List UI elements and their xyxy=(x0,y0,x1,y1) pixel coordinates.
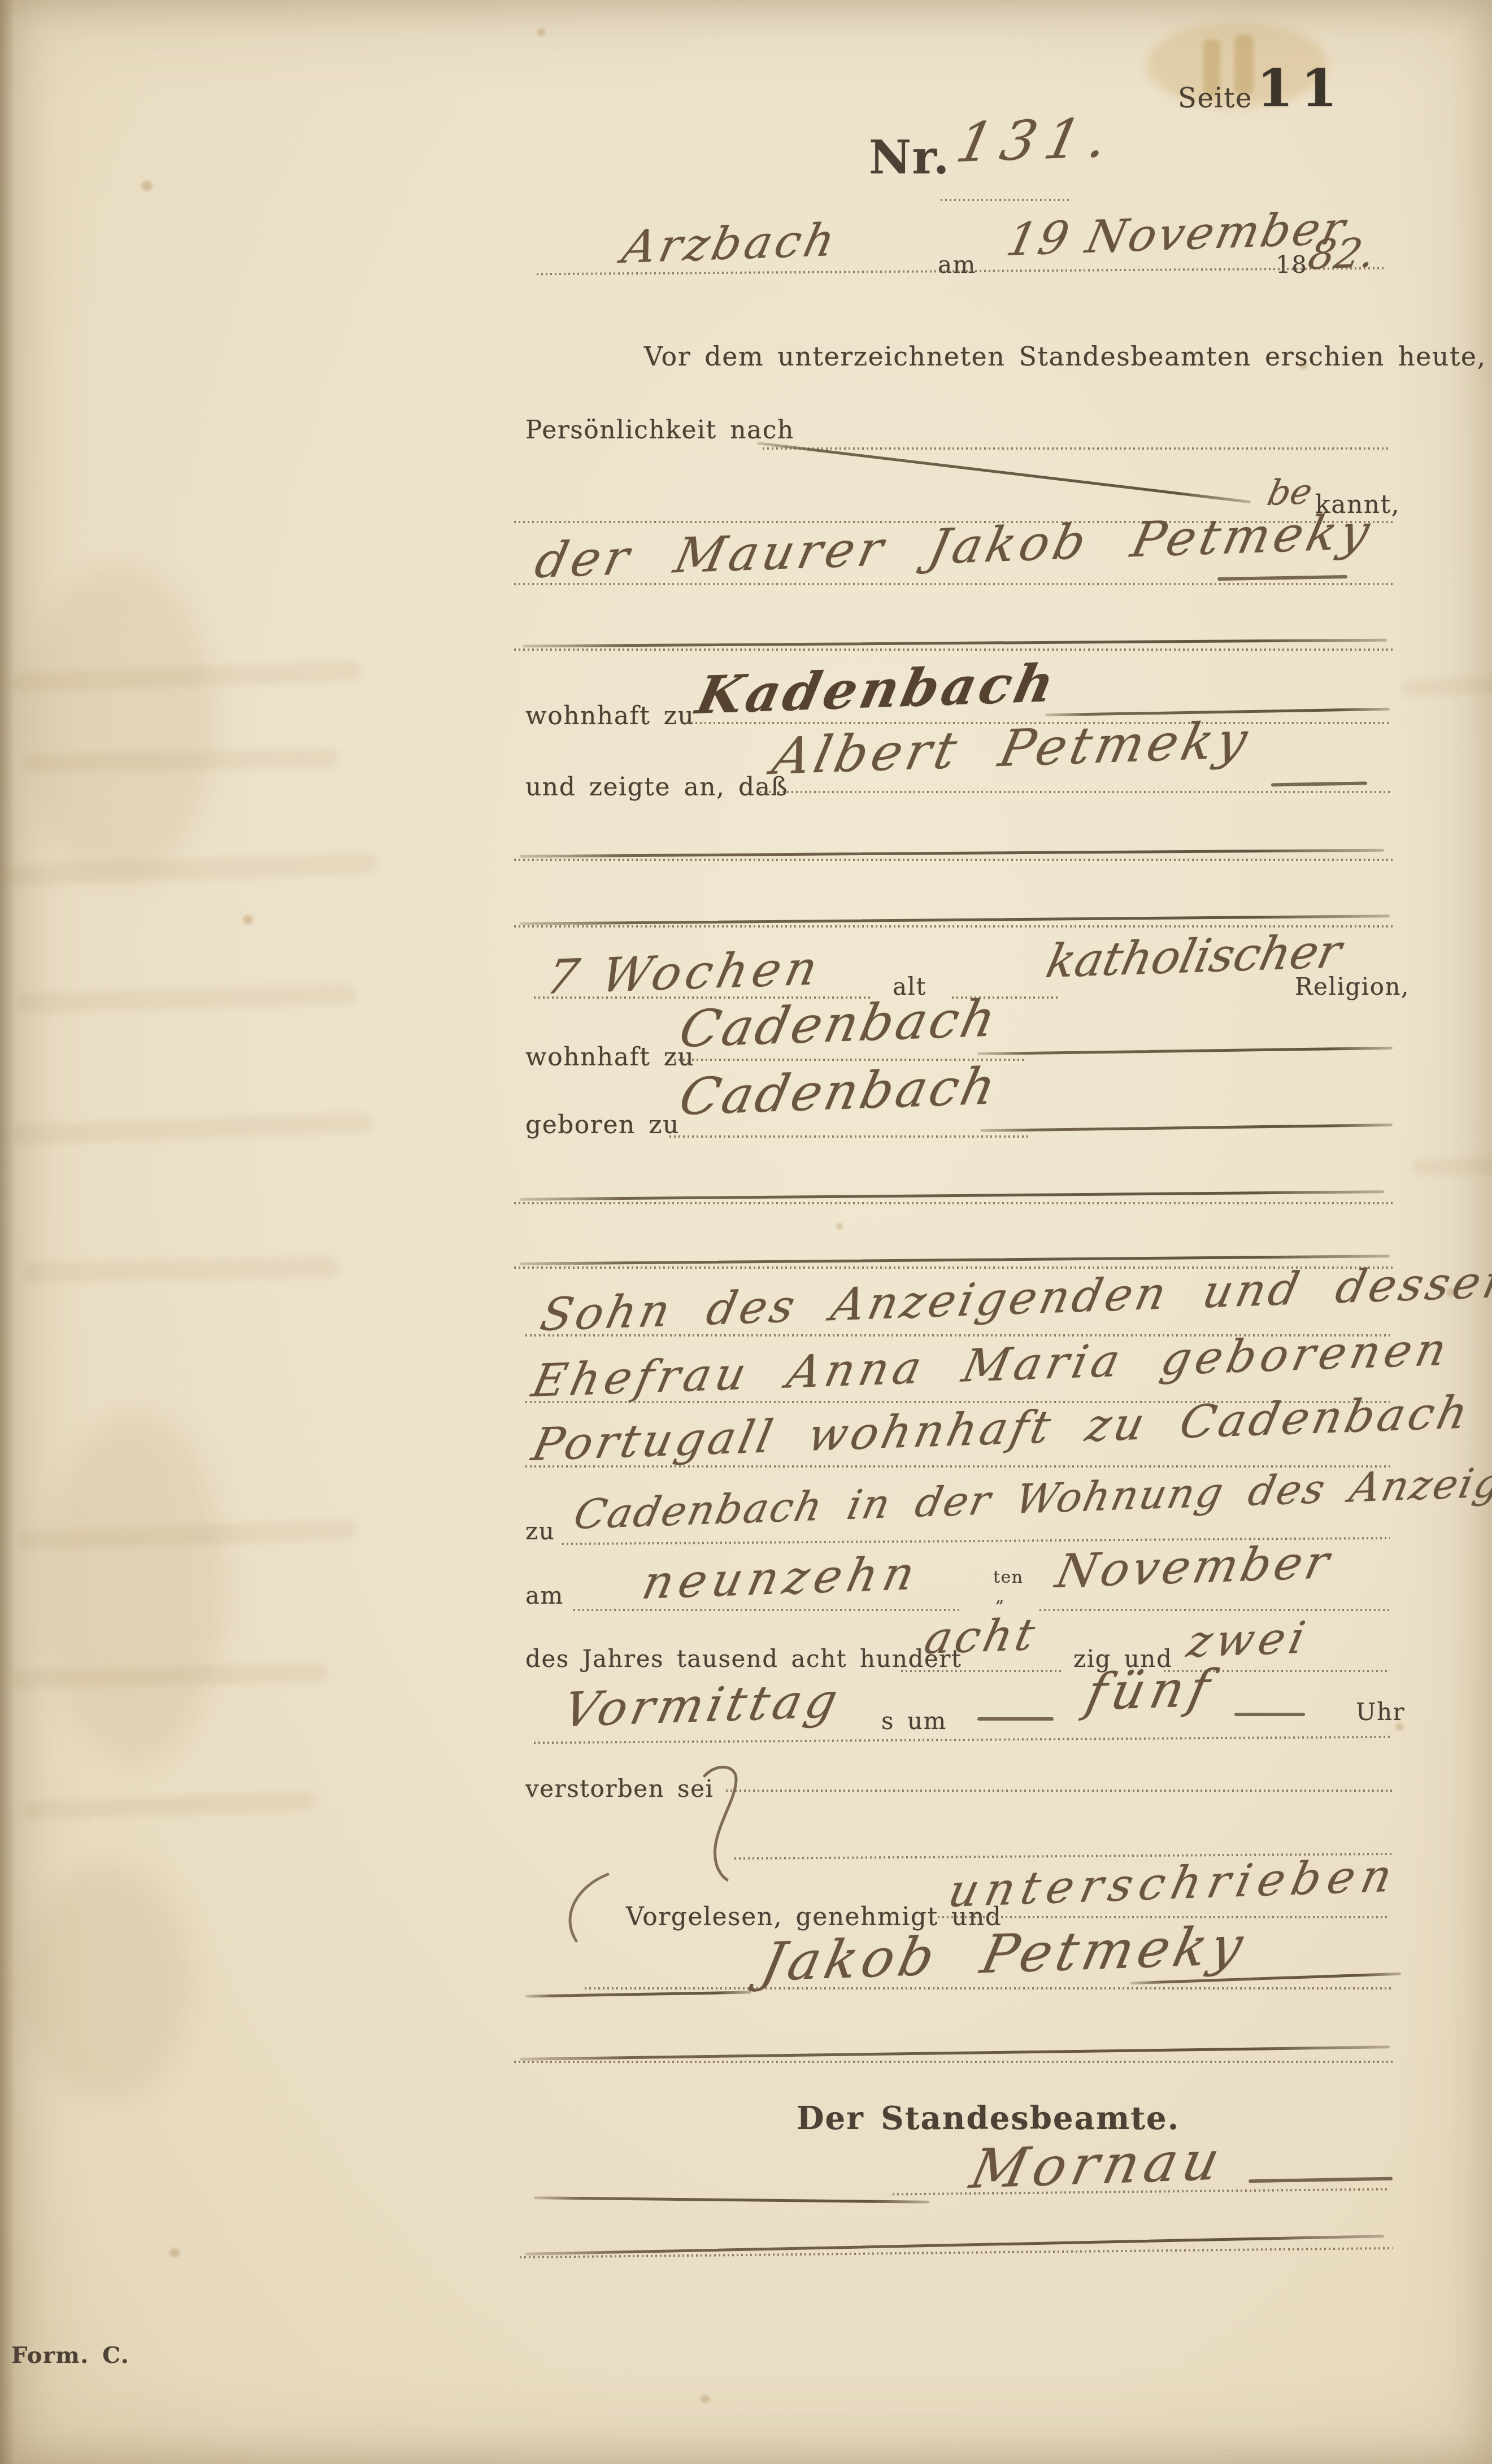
dotted-line xyxy=(514,1202,1393,1204)
foxing-spot xyxy=(169,2248,180,2257)
dotted-line xyxy=(760,791,1390,793)
dotted-line xyxy=(514,859,1393,861)
s-um-printed: s um xyxy=(881,1709,947,1733)
parents-line-1: Sohn des Anzeigenden und dessen xyxy=(537,1259,1492,1338)
dotted-line xyxy=(534,1736,1393,1744)
pen-flourish-icon xyxy=(554,1870,627,1949)
pen-dash xyxy=(1271,782,1367,787)
dotted-line xyxy=(573,1609,960,1611)
pen-stroke xyxy=(980,1124,1393,1132)
ten-suffix: ten xyxy=(993,1569,1024,1586)
form-code: Form. C. xyxy=(11,2344,129,2367)
dateline-am-label: am xyxy=(938,253,976,277)
dotted-line xyxy=(514,2061,1393,2063)
am-label: am xyxy=(525,1584,564,1608)
year-units: zwei xyxy=(1184,1616,1313,1664)
religion-label: Religion, xyxy=(1295,975,1410,999)
page-number: 11 xyxy=(1257,62,1345,114)
registrar-title: Der Standesbeamte. xyxy=(797,2102,1180,2134)
zeigte-an-label: und zeigte an, daß xyxy=(525,775,788,800)
zu-label: zu xyxy=(525,1520,555,1543)
verstorben-printed: verstorben sei xyxy=(525,1777,714,1801)
foxing-spot xyxy=(537,28,546,36)
pen-dash xyxy=(1234,1713,1305,1716)
bleedthrough-streak xyxy=(1412,1157,1492,1176)
closing-handwritten: unterschrieben xyxy=(945,1853,1403,1914)
deceased-age: 7 Wochen xyxy=(542,944,826,1001)
dotted-line xyxy=(585,1987,1393,1990)
foxing-spot xyxy=(243,915,253,924)
dotted-line xyxy=(669,1135,1031,1138)
foxing-spot xyxy=(141,181,153,191)
bleedthrough-streak xyxy=(23,1791,317,1821)
pen-stroke xyxy=(523,639,1387,648)
dotted-line xyxy=(763,447,1390,450)
death-day: neunzehn xyxy=(638,1551,924,1607)
document-page: Seite 11 Nr. 131. Arzbach am 19 November… xyxy=(0,0,1492,2464)
pen-stroke xyxy=(520,2045,1390,2061)
persoenlichkeit-label: Persönlichkeit nach xyxy=(525,418,794,443)
dotted-line xyxy=(941,199,1071,201)
dateline-place: Arzbach xyxy=(619,217,842,270)
dotted-line xyxy=(1039,1609,1390,1611)
year-printed: des Jahres tausend acht hundert xyxy=(525,1647,962,1671)
death-month: November xyxy=(1052,1539,1336,1595)
dotted-line xyxy=(514,648,1393,651)
dotted-line xyxy=(514,583,1393,585)
wohnhaft-zu-label-1: wohnhaft zu xyxy=(525,704,694,729)
pen-stroke xyxy=(520,915,1390,925)
bleedthrough-streak xyxy=(17,984,356,1013)
bleedthrough-blotch xyxy=(23,1864,192,2101)
deceased-residence: Cadenbach xyxy=(675,994,1003,1055)
bleedthrough-streak xyxy=(11,1112,373,1145)
dotted-line xyxy=(901,1670,1062,1672)
pen-stroke xyxy=(977,1047,1393,1055)
declarant-residence: Kadenbach xyxy=(692,657,1062,721)
death-daytime: Vormittag xyxy=(559,1677,845,1734)
pen-stroke xyxy=(525,1991,751,1998)
bleedthrough-blotch xyxy=(45,1412,226,1762)
pen-stroke xyxy=(757,442,1251,503)
deceased-birthplace: Cadenbach xyxy=(675,1061,1003,1123)
dateline-year-printed: 18 xyxy=(1276,253,1307,277)
ten-suffix-mark: „ xyxy=(995,1588,1005,1605)
pen-dash xyxy=(1249,2177,1393,2183)
declarant-signature: Jakob Petmeky xyxy=(757,1919,1252,1990)
pen-dash xyxy=(977,1717,1054,1721)
geboren-zu-label: geboren zu xyxy=(525,1113,680,1138)
bleedthrough-blotch xyxy=(23,565,215,881)
wohnhaft-zu-label-2: wohnhaft zu xyxy=(525,1045,694,1070)
registrar-signature: Mornau xyxy=(966,2134,1230,2196)
pen-stroke xyxy=(520,849,1384,858)
dotted-line xyxy=(726,1790,1393,1792)
declarant-name: der Maurer Jakob Petmeky xyxy=(531,508,1377,585)
record-number-label: Nr. xyxy=(869,134,950,181)
pen-dash xyxy=(1217,575,1347,581)
record-number: 131. xyxy=(952,110,1122,170)
page-edge-shadow xyxy=(0,0,15,2464)
be-handwritten: be xyxy=(1264,474,1315,511)
pen-stroke xyxy=(520,1190,1384,1200)
bleedthrough-streak xyxy=(6,852,379,886)
foxing-spot xyxy=(836,1223,843,1230)
page-label: Seite xyxy=(1178,85,1252,112)
uhr-printed: Uhr xyxy=(1356,1700,1405,1724)
pen-flourish-icon xyxy=(698,1761,749,1886)
bleedthrough-streak xyxy=(23,1257,340,1283)
death-hour: fünf xyxy=(1082,1663,1220,1718)
deceased-name: Albert Petmeky xyxy=(768,715,1255,782)
pen-stroke xyxy=(534,2196,929,2203)
intro-line: Vor dem unterzeichneten Standesbeamten e… xyxy=(644,343,1492,369)
bleedthrough-streak xyxy=(1401,676,1492,697)
foxing-spot xyxy=(701,2395,710,2403)
death-place: Cadenbach in der Wohnung des Anzeigenden xyxy=(571,1457,1492,1535)
year-tens: acht xyxy=(921,1613,1042,1661)
